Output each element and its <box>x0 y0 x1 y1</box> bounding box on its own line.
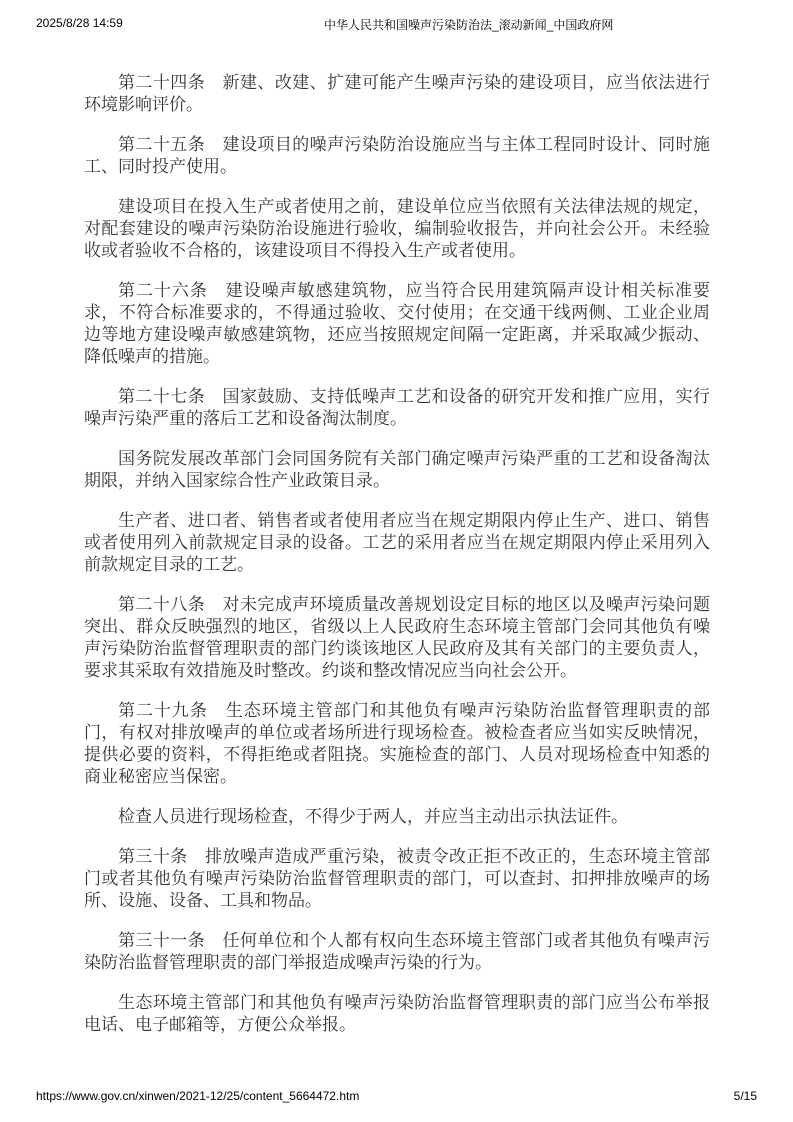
article-paragraph: 第二十四条 新建、改建、扩建可能产生噪声污染的建设项目，应当依法进行环境影响评价… <box>84 72 710 116</box>
article-paragraph: 第二十七条 国家鼓励、支持低噪声工艺和设备的研究开发和推广应用，实行噪声污染严重… <box>84 386 710 430</box>
article-paragraph: 第二十五条 建设项目的噪声污染防治设施应当与主体工程同时设计、同时施工、同时投产… <box>84 134 710 178</box>
page-number-indicator: 5/15 <box>734 1089 757 1103</box>
print-datetime: 2025/8/28 14:59 <box>36 16 123 30</box>
article-paragraph: 检查人员进行现场检查，不得少于两人，并应当主动出示执法证件。 <box>84 806 710 828</box>
article-paragraph: 国务院发展改革部门会同国务院有关部门确定噪声污染严重的工艺和设备淘汰期限，并纳入… <box>84 448 710 492</box>
article-paragraph: 第二十六条 建设噪声敏感建筑物，应当符合民用建筑隔声设计相关标准要求，不符合标准… <box>84 280 710 368</box>
article-body: 第二十四条 新建、改建、扩建可能产生噪声污染的建设项目，应当依法进行环境影响评价… <box>84 72 710 1054</box>
article-paragraph: 生态环境主管部门和其他负有噪声污染防治监督管理职责的部门应当公布举报电话、电子邮… <box>84 992 710 1036</box>
article-paragraph: 第三十条 排放噪声造成严重污染，被责令改正拒不改正的，生态环境主管部门或者其他负… <box>84 846 710 912</box>
article-paragraph: 第二十八条 对未完成声环境质量改善规划设定目标的地区以及噪声污染问题突出、群众反… <box>84 594 710 682</box>
print-preview-page: 2025/8/28 14:59 中华人民共和国噪声污染防治法_滚动新闻_中国政府… <box>0 0 793 1122</box>
article-paragraph: 第三十一条 任何单位和个人都有权向生态环境主管部门或者其他负有噪声污染防治监督管… <box>84 930 710 974</box>
article-paragraph: 生产者、进口者、销售者或者使用者应当在规定期限内停止生产、进口、销售或者使用列入… <box>84 510 710 576</box>
article-paragraph: 建设项目在投入生产或者使用之前，建设单位应当依照有关法律法规的规定，对配套建设的… <box>84 196 710 262</box>
print-footer: https://www.gov.cn/xinwen/2021-12/25/con… <box>36 1089 757 1103</box>
print-header: 2025/8/28 14:59 中华人民共和国噪声污染防治法_滚动新闻_中国政府… <box>36 16 757 32</box>
print-source-url: https://www.gov.cn/xinwen/2021-12/25/con… <box>36 1089 359 1103</box>
print-document-title: 中华人民共和国噪声污染防治法_滚动新闻_中国政府网 <box>324 16 613 33</box>
article-paragraph: 第二十九条 生态环境主管部门和其他负有噪声污染防治监督管理职责的部门，有权对排放… <box>84 700 710 788</box>
